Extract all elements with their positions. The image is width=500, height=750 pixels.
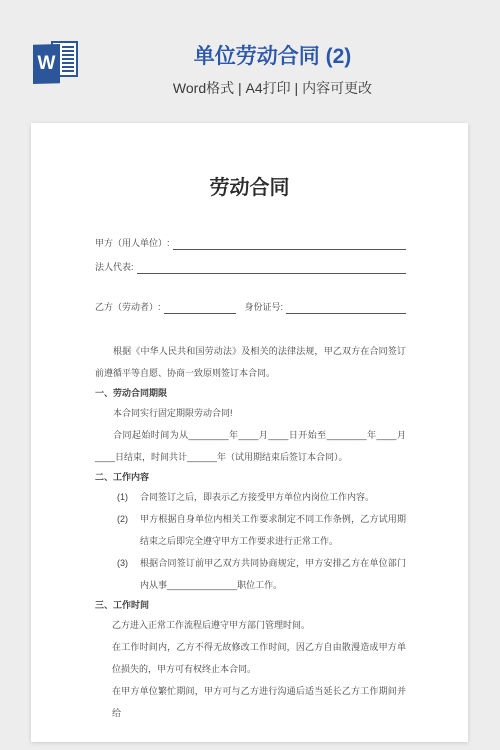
section-1-paragraph: 本合同实行固定期限劳动合同!: [95, 402, 406, 424]
field-label-party-b: 乙方（劳动者）:: [95, 300, 164, 314]
field-label-party-a: 甲方（用人单位）:: [95, 236, 173, 250]
list-text: 合同签订之后，即表示乙方接受甲方单位内岗位工作内容。: [140, 492, 374, 502]
section-1-heading: 一、劳动合同期限: [95, 384, 406, 402]
list-item-1: (1) 合同签订之后，即表示乙方接受甲方单位内岗位工作内容。: [95, 486, 406, 508]
document-title: 劳动合同: [31, 175, 468, 202]
section-3-paragraph: 在工作时间内，乙方不得无故修改工作时间，因乙方自由散漫造成甲方单位损失的，甲方可…: [112, 636, 406, 680]
list-number: (3): [117, 552, 128, 574]
field-row-party-a: 甲方（用人单位）:: [95, 230, 406, 250]
list-text: 根据合同签订前甲乙双方共同协商规定，甲方安排乙方在单位部门内从事________…: [140, 558, 406, 590]
list-number: (1): [117, 486, 128, 508]
list-item-2: (2) 甲方根据自身单位内相关工作要求制定不同工作条例，乙方试用期结束之后即完全…: [95, 508, 406, 552]
field-blank-party-b: [164, 300, 236, 314]
section-3-heading: 三、工作时间: [95, 596, 406, 614]
field-blank-id-no: [286, 300, 406, 314]
list-item-3: (3) 根据合同签订前甲乙双方共同协商规定，甲方安排乙方在单位部门内从事____…: [95, 552, 406, 596]
header: W 单位劳动合同 (2) Word格式 | A4打印 | 内容可更改: [0, 0, 500, 123]
field-blank-legal-rep: [137, 260, 406, 274]
intro-paragraph: 根据《中华人民共和国劳动法》及相关的法律法规，甲乙双方在合同签订前遵循平等自愿、…: [95, 340, 406, 384]
document-page: 劳动合同 甲方（用人单位）: 法人代表: 乙方（劳动者）: 身份证号: 根据《中…: [31, 123, 468, 742]
list-text: 甲方根据自身单位内相关工作要求制定不同工作条例，乙方试用期结束之后即完全遵守甲方…: [140, 514, 406, 546]
section-3-paragraph: 在甲方单位繁忙期间，甲方可与乙方进行沟通后适当延长乙方工作期间并给: [112, 680, 406, 724]
section-2-heading: 二、工作内容: [95, 468, 406, 486]
page-subtitle: Word格式 | A4打印 | 内容可更改: [45, 76, 500, 100]
field-label-legal-rep: 法人代表:: [95, 260, 137, 274]
section-3-paragraph: 乙方进入正常工作流程后遵守甲方部门管理时间。: [112, 614, 406, 636]
field-blank-party-a: [173, 236, 406, 250]
section-1-paragraph: 合同起始时间为从________年____月____日开始至________年_…: [95, 424, 406, 468]
header-text: 单位劳动合同 (2) Word格式 | A4打印 | 内容可更改: [45, 42, 500, 100]
field-row-party-b: 乙方（劳动者）: 身份证号:: [95, 294, 406, 314]
contract-fields: 甲方（用人单位）: 法人代表: 乙方（劳动者）: 身份证号:: [95, 230, 406, 314]
page-title: 单位劳动合同 (2): [45, 42, 500, 72]
field-label-id-no: 身份证号:: [245, 300, 287, 314]
list-number: (2): [117, 508, 128, 530]
field-row-legal-rep: 法人代表:: [95, 254, 406, 274]
document-content: 甲方（用人单位）: 法人代表: 乙方（劳动者）: 身份证号: 根据《中华人民共和…: [31, 230, 468, 724]
contract-body: 根据《中华人民共和国劳动法》及相关的法律法规，甲乙双方在合同签订前遵循平等自愿、…: [95, 340, 406, 724]
